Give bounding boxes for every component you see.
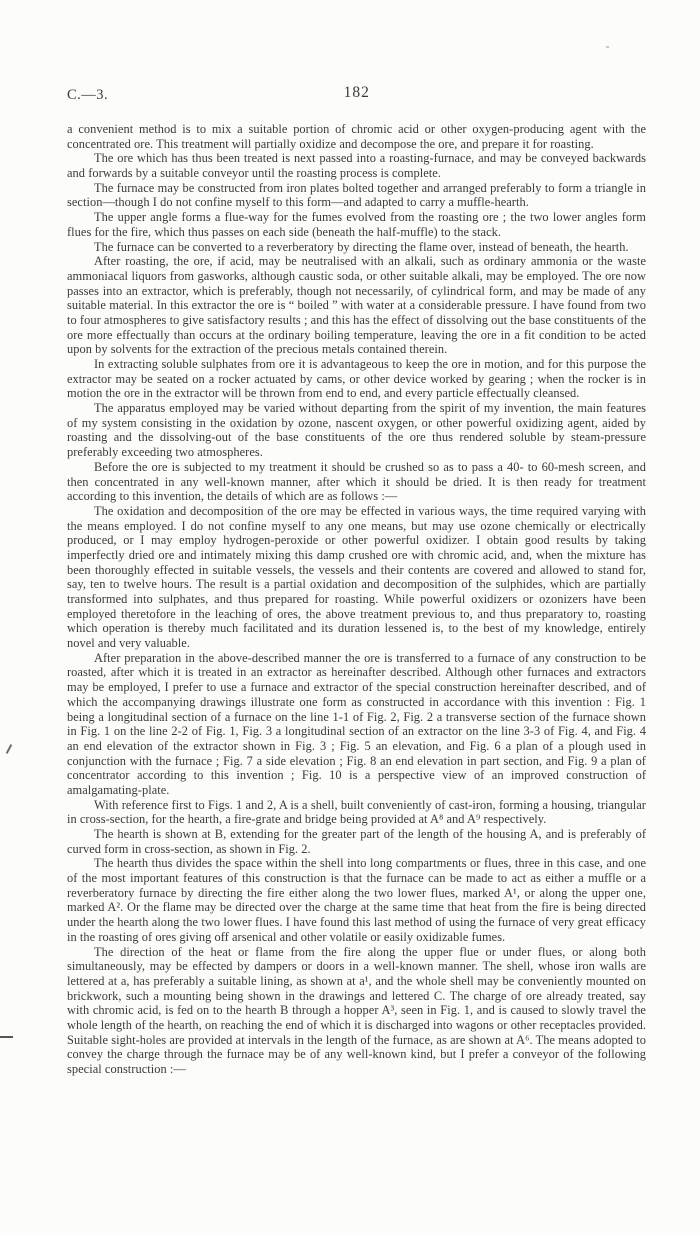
paragraph: The upper angle forms a flue-way for the… (67, 210, 646, 239)
paragraph: The ore which has thus been treated is n… (67, 151, 646, 180)
margin-mark (6, 744, 12, 754)
paragraph: The hearth thus divides the space within… (67, 856, 646, 944)
paragraph: The furnace may be constructed from iron… (67, 181, 646, 210)
paragraph: In extracting soluble sulphates from ore… (67, 357, 646, 401)
paragraph: Before the ore is subjected to my treatm… (67, 460, 646, 504)
paragraph: The apparatus employed may be varied wit… (67, 401, 646, 460)
paragraph: The furnace can be converted to a reverb… (67, 240, 646, 255)
scan-speck (606, 46, 609, 48)
paragraph: After roasting, the ore, if acid, may be… (67, 254, 646, 357)
paragraph: The hearth is shown at B, extending for … (67, 827, 646, 856)
document-page: C.—3. 182 a convenient method is to mix … (0, 0, 700, 1235)
page-number: 182 (344, 84, 370, 102)
page-header: C.—3. 182 (67, 86, 645, 106)
paragraph: a convenient method is to mix a suitable… (67, 122, 646, 151)
paragraph: After preparation in the above-described… (67, 651, 646, 798)
paragraph: The direction of the heat or flame from … (67, 945, 646, 1077)
paragraph: With reference first to Figs. 1 and 2, A… (67, 798, 646, 827)
paragraph: The oxidation and decomposition of the o… (67, 504, 646, 651)
document-body: a convenient method is to mix a suitable… (67, 122, 646, 1077)
margin-mark (0, 1036, 13, 1038)
section-number: C.—3. (67, 87, 108, 103)
